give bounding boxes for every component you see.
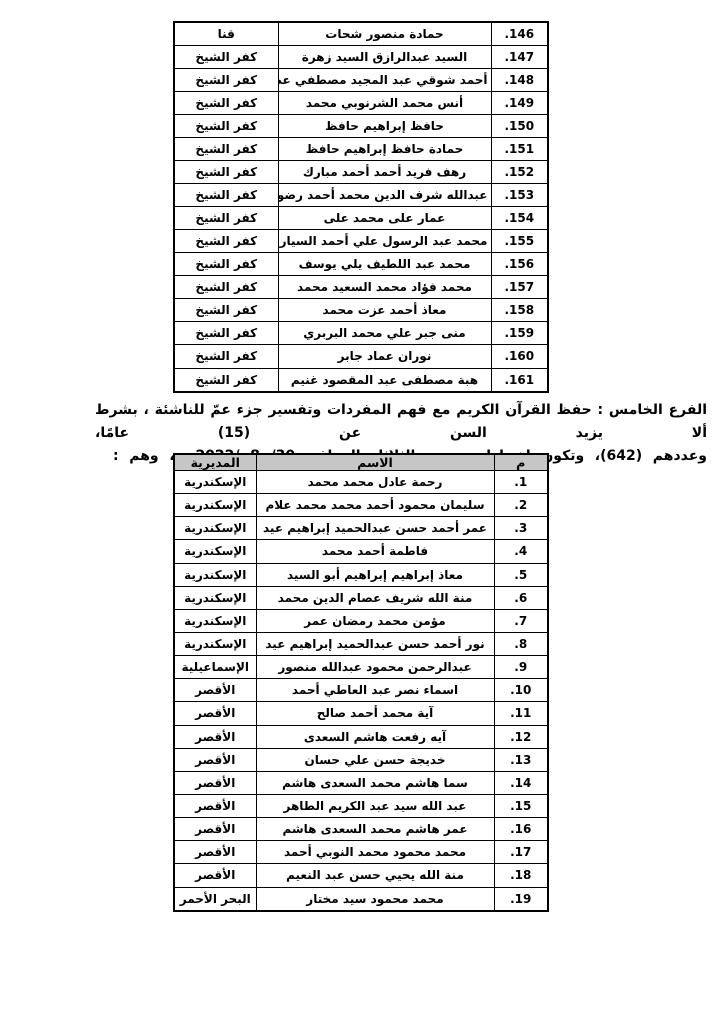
governorate-cell: كفر الشيخ: [174, 322, 278, 345]
table-row: 8. نور أحمد حسن عبدالحميد إبراهيم عيد ال…: [174, 632, 548, 655]
row-number-cell: 149.: [491, 92, 548, 115]
governorate-cell: كفر الشيخ: [174, 138, 278, 161]
governorate-cell: الإسكندرية: [174, 632, 256, 655]
governorate-cell: الإسكندرية: [174, 517, 256, 540]
row-number-cell: 146.: [491, 22, 548, 46]
name-cell: عمر هاشم محمد السعدى هاشم: [256, 818, 494, 841]
governorate-cell: الأقصر: [174, 864, 256, 887]
governorate-cell: كفر الشيخ: [174, 368, 278, 392]
name-cell: عبدالله شرف الدين محمد أحمد رضوان: [278, 184, 491, 207]
governorate-cell: الأقصر: [174, 702, 256, 725]
name-cell: منى جبر علي محمد البربري: [278, 322, 491, 345]
row-number-cell: 154.: [491, 207, 548, 230]
table-row: 4. فاطمة أحمد محمد الإسكندرية: [174, 540, 548, 563]
document-page: 146. حمادة منصور شحات قنا 147. السيد عبد…: [0, 0, 720, 1018]
name-cell: عمر أحمد حسن عبدالحميد إبراهيم عيد: [256, 517, 494, 540]
name-cell: مؤمن محمد رمضان عمر: [256, 609, 494, 632]
table-row: 155. محمد عبد الرسول علي أحمد السيار كفر…: [174, 230, 548, 253]
governorate-cell: الإسكندرية: [174, 494, 256, 517]
row-number-cell: 158.: [491, 299, 548, 322]
table-row: 156. محمد عبد اللطيف يلي يوسف كفر الشيخ: [174, 253, 548, 276]
table-row: 146. حمادة منصور شحات قنا: [174, 22, 548, 46]
name-cell: عبد الله سيد عبد الكريم الطاهر: [256, 794, 494, 817]
name-cell: اسماء نصر عبد العاطي أحمد: [256, 679, 494, 702]
governorate-cell: الأقصر: [174, 794, 256, 817]
name-cell: محمد عبد اللطيف يلي يوسف: [278, 253, 491, 276]
table-row: 148. أحمد شوقي عبد المجيد مصطفي عطية كفر…: [174, 69, 548, 92]
row-number-cell: 16.: [494, 818, 548, 841]
governorate-cell: البحر الأحمر: [174, 887, 256, 911]
row-number-cell: 156.: [491, 253, 548, 276]
name-cell: معاذ أحمد عزت محمد: [278, 299, 491, 322]
row-number-cell: 10.: [494, 679, 548, 702]
name-cell: آية محمد أحمد صالح: [256, 702, 494, 725]
section-intro-line1: الفرع الخامس : حفظ القرآن الكريم مع فهم …: [95, 399, 707, 445]
table-row: 150. حافظ إبراهيم حافظ كفر الشيخ: [174, 115, 548, 138]
row-number-cell: 155.: [491, 230, 548, 253]
header-number: م: [494, 454, 548, 471]
name-cell: محمد محمود سيد مختار: [256, 887, 494, 911]
governorate-cell: كفر الشيخ: [174, 46, 278, 69]
name-cell: منة الله يحيي حسن عبد النعيم: [256, 864, 494, 887]
governorate-cell: قنا: [174, 22, 278, 46]
table-row: 1. رحمة عادل محمد محمد الإسكندرية: [174, 471, 548, 494]
name-cell: منة الله شريف عصام الدين محمد: [256, 586, 494, 609]
row-number-cell: 151.: [491, 138, 548, 161]
row-number-cell: 153.: [491, 184, 548, 207]
governorate-cell: الإسكندرية: [174, 471, 256, 494]
table-row: 152. رهف فريد أحمد أحمد مبارك كفر الشيخ: [174, 161, 548, 184]
name-cell: حمادة منصور شحات: [278, 22, 491, 46]
row-number-cell: 160.: [491, 345, 548, 368]
row-number-cell: 2.: [494, 494, 548, 517]
name-cell: عبدالرحمن محمود عبدالله منصور: [256, 656, 494, 679]
table-list-continuation: 146. حمادة منصور شحات قنا 147. السيد عبد…: [173, 21, 549, 393]
row-number-cell: 9.: [494, 656, 548, 679]
name-cell: أحمد شوقي عبد المجيد مصطفي عطية: [278, 69, 491, 92]
table-row: 10. اسماء نصر عبد العاطي أحمد الأقصر: [174, 679, 548, 702]
table-row: 12. آيه رفعت هاشم السعدى الأقصر: [174, 725, 548, 748]
table-row: 2. سليمان محمود أحمد محمد محمد علام الإس…: [174, 494, 548, 517]
table-row: 159. منى جبر علي محمد البربري كفر الشيخ: [174, 322, 548, 345]
name-cell: سما هاشم محمد السعدى هاشم: [256, 771, 494, 794]
table-row: 6. منة الله شريف عصام الدين محمد الإسكند…: [174, 586, 548, 609]
row-number-cell: 152.: [491, 161, 548, 184]
table-row: 151. حمادة حافظ إبراهيم حافظ كفر الشيخ: [174, 138, 548, 161]
table-row: 18. منة الله يحيي حسن عبد النعيم الأقصر: [174, 864, 548, 887]
governorate-cell: كفر الشيخ: [174, 115, 278, 138]
governorate-cell: الإسكندرية: [174, 586, 256, 609]
table-row: 3. عمر أحمد حسن عبدالحميد إبراهيم عيد ال…: [174, 517, 548, 540]
row-number-cell: 11.: [494, 702, 548, 725]
name-cell: حافظ إبراهيم حافظ: [278, 115, 491, 138]
governorate-cell: كفر الشيخ: [174, 161, 278, 184]
row-number-cell: 7.: [494, 609, 548, 632]
governorate-cell: الإسماعيلية: [174, 656, 256, 679]
name-cell: خديجة حسن علي حسان: [256, 748, 494, 771]
table-row: 160. نوران عماد جابر كفر الشيخ: [174, 345, 548, 368]
table-row: 154. عمار على محمد على كفر الشيخ: [174, 207, 548, 230]
row-number-cell: 150.: [491, 115, 548, 138]
table-header-row: م الاسم المديرية: [174, 454, 548, 471]
header-name: الاسم: [256, 454, 494, 471]
table-row: 7. مؤمن محمد رمضان عمر الإسكندرية: [174, 609, 548, 632]
governorate-cell: كفر الشيخ: [174, 230, 278, 253]
row-number-cell: 8.: [494, 632, 548, 655]
table-row: 147. السيد عبدالرازق السيد زهرة كفر الشي…: [174, 46, 548, 69]
table-row: 14. سما هاشم محمد السعدى هاشم الأقصر: [174, 771, 548, 794]
name-cell: محمد عبد الرسول علي أحمد السيار: [278, 230, 491, 253]
table-row: 153. عبدالله شرف الدين محمد أحمد رضوان ك…: [174, 184, 548, 207]
row-number-cell: 148.: [491, 69, 548, 92]
table-row: 19. محمد محمود سيد مختار البحر الأحمر: [174, 887, 548, 911]
row-number-cell: 1.: [494, 471, 548, 494]
governorate-cell: كفر الشيخ: [174, 299, 278, 322]
table-row: 11. آية محمد أحمد صالح الأقصر: [174, 702, 548, 725]
name-cell: أنس محمد الشرنوبي محمد: [278, 92, 491, 115]
governorate-cell: الأقصر: [174, 725, 256, 748]
row-number-cell: 13.: [494, 748, 548, 771]
row-number-cell: 18.: [494, 864, 548, 887]
governorate-cell: كفر الشيخ: [174, 207, 278, 230]
row-number-cell: 3.: [494, 517, 548, 540]
row-number-cell: 157.: [491, 276, 548, 299]
table-row: 161. هبة مصطفى عبد المقصود غنيم كفر الشي…: [174, 368, 548, 392]
name-cell: حمادة حافظ إبراهيم حافظ: [278, 138, 491, 161]
table-row: 157. محمد فؤاد محمد السعيد محمد كفر الشي…: [174, 276, 548, 299]
name-cell: السيد عبدالرازق السيد زهرة: [278, 46, 491, 69]
table-row: 158. معاذ أحمد عزت محمد كفر الشيخ: [174, 299, 548, 322]
governorate-cell: الأقصر: [174, 748, 256, 771]
table-row: 13. خديجة حسن علي حسان الأقصر: [174, 748, 548, 771]
row-number-cell: 19.: [494, 887, 548, 911]
name-cell: عمار على محمد على: [278, 207, 491, 230]
governorate-cell: كفر الشيخ: [174, 276, 278, 299]
governorate-cell: الإسكندرية: [174, 609, 256, 632]
row-number-cell: 12.: [494, 725, 548, 748]
name-cell: رحمة عادل محمد محمد: [256, 471, 494, 494]
name-cell: سليمان محمود أحمد محمد محمد علام: [256, 494, 494, 517]
governorate-cell: الأقصر: [174, 771, 256, 794]
name-cell: نوران عماد جابر: [278, 345, 491, 368]
name-cell: نور أحمد حسن عبدالحميد إبراهيم عيد: [256, 632, 494, 655]
row-number-cell: 4.: [494, 540, 548, 563]
header-governorate: المديرية: [174, 454, 256, 471]
table-row: 15. عبد الله سيد عبد الكريم الطاهر الأقص…: [174, 794, 548, 817]
name-cell: آيه رفعت هاشم السعدى: [256, 725, 494, 748]
governorate-cell: كفر الشيخ: [174, 184, 278, 207]
table-row: 16. عمر هاشم محمد السعدى هاشم الأقصر: [174, 818, 548, 841]
governorate-cell: كفر الشيخ: [174, 69, 278, 92]
governorate-cell: كفر الشيخ: [174, 345, 278, 368]
table-row: 5. معاذ إبراهيم إبراهيم أبو السيد الإسكن…: [174, 563, 548, 586]
row-number-cell: 14.: [494, 771, 548, 794]
name-cell: رهف فريد أحمد أحمد مبارك: [278, 161, 491, 184]
name-cell: معاذ إبراهيم إبراهيم أبو السيد: [256, 563, 494, 586]
row-number-cell: 17.: [494, 841, 548, 864]
governorate-cell: الأقصر: [174, 818, 256, 841]
table-row: 9. عبدالرحمن محمود عبدالله منصور الإسماع…: [174, 656, 548, 679]
row-number-cell: 6.: [494, 586, 548, 609]
governorate-cell: كفر الشيخ: [174, 92, 278, 115]
row-number-cell: 161.: [491, 368, 548, 392]
table-section-five: م الاسم المديرية 1. رحمة عادل محمد محمد …: [173, 453, 549, 912]
name-cell: فاطمة أحمد محمد: [256, 540, 494, 563]
row-number-cell: 15.: [494, 794, 548, 817]
table-row: 149. أنس محمد الشرنوبي محمد كفر الشيخ: [174, 92, 548, 115]
row-number-cell: 147.: [491, 46, 548, 69]
governorate-cell: الأقصر: [174, 679, 256, 702]
name-cell: محمد محمود محمد النوبي أحمد: [256, 841, 494, 864]
governorate-cell: الإسكندرية: [174, 540, 256, 563]
table-row: 17. محمد محمود محمد النوبي أحمد الأقصر: [174, 841, 548, 864]
name-cell: محمد فؤاد محمد السعيد محمد: [278, 276, 491, 299]
governorate-cell: الإسكندرية: [174, 563, 256, 586]
name-cell: هبة مصطفى عبد المقصود غنيم: [278, 368, 491, 392]
governorate-cell: كفر الشيخ: [174, 253, 278, 276]
governorate-cell: الأقصر: [174, 841, 256, 864]
row-number-cell: 5.: [494, 563, 548, 586]
row-number-cell: 159.: [491, 322, 548, 345]
